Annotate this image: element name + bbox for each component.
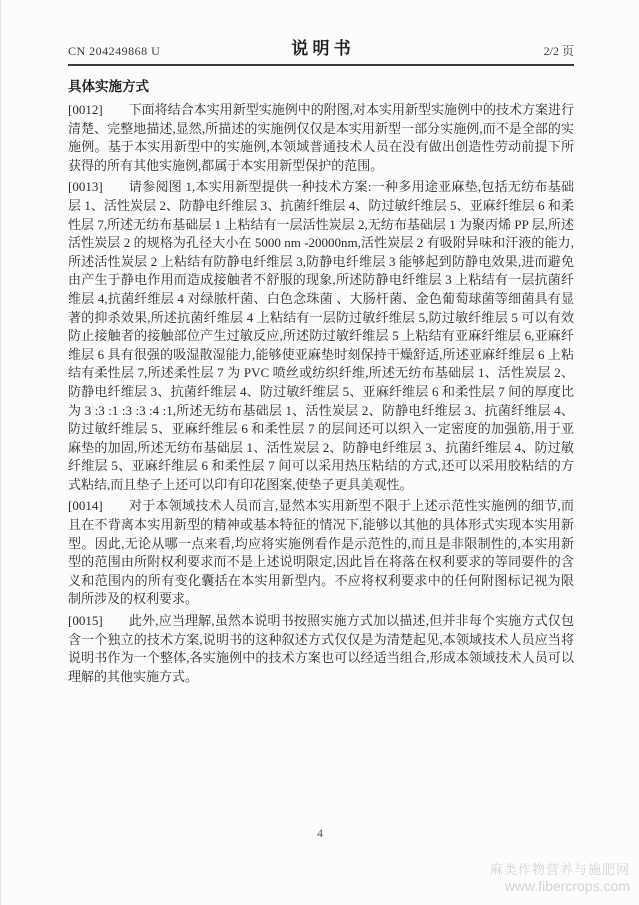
paragraph-text: 请参阅图 1,本实用新型提供一种技术方案:一种多用途亚麻垫,包括无纺布基础层 1… bbox=[68, 179, 574, 492]
paragraph-text: 下面将结合本实用新型实施例中的附图,对本实用新型实施例中的技术方案进行清楚、完整… bbox=[68, 102, 574, 173]
page-content: CN 204249868 U 说 明 书 2/2 页 具体实施方式 [0012]… bbox=[68, 34, 574, 689]
watermark: 麻类作物营养与施肥网 www.fibercrops.com bbox=[490, 862, 630, 894]
paragraph-number: [0012] bbox=[68, 102, 103, 117]
paragraph-0015: [0015]此外,应当理解,虽然本说明书按照实施方式加以描述,但并非每个实施方式… bbox=[68, 612, 574, 686]
watermark-site-name: 麻类作物营养与施肥网 bbox=[490, 862, 630, 878]
paragraph-text: 此外,应当理解,虽然本说明书按照实施方式加以描述,但并非每个实施方式仅包含一个独… bbox=[68, 613, 574, 684]
paragraph-0014: [0014]对于本领域技术人员而言,显然本实用新型不限于上述示范性实施例的细节,… bbox=[68, 497, 574, 609]
patent-specification-page: CN 204249868 U 说 明 书 2/2 页 具体实施方式 [0012]… bbox=[0, 0, 639, 905]
document-title: 说 明 书 bbox=[237, 34, 406, 59]
page-number: 4 bbox=[1, 826, 639, 841]
paragraph-number: [0013] bbox=[68, 179, 103, 194]
document-number: CN 204249868 U bbox=[68, 44, 237, 59]
paragraph-text: 对于本领域技术人员而言,显然本实用新型不限于上述示范性实施例的细节,而且在不背离… bbox=[68, 498, 574, 606]
paragraph-0013: [0013]请参阅图 1,本实用新型提供一种技术方案:一种多用途亚麻垫,包括无纺… bbox=[68, 178, 574, 494]
paragraph-number: [0015] bbox=[68, 613, 103, 628]
body-text: [0012]下面将结合本实用新型实施例中的附图,对本实用新型实施例中的技术方案进… bbox=[68, 101, 574, 686]
paragraph-number: [0014] bbox=[68, 498, 103, 513]
page-indicator: 2/2 页 bbox=[405, 42, 574, 59]
paragraph-0012: [0012]下面将结合本实用新型实施例中的附图,对本实用新型实施例中的技术方案进… bbox=[68, 101, 574, 175]
watermark-site-url: www.fibercrops.com bbox=[490, 878, 630, 894]
page-header: CN 204249868 U 说 明 书 2/2 页 bbox=[68, 34, 574, 66]
section-heading: 具体实施方式 bbox=[68, 75, 574, 95]
